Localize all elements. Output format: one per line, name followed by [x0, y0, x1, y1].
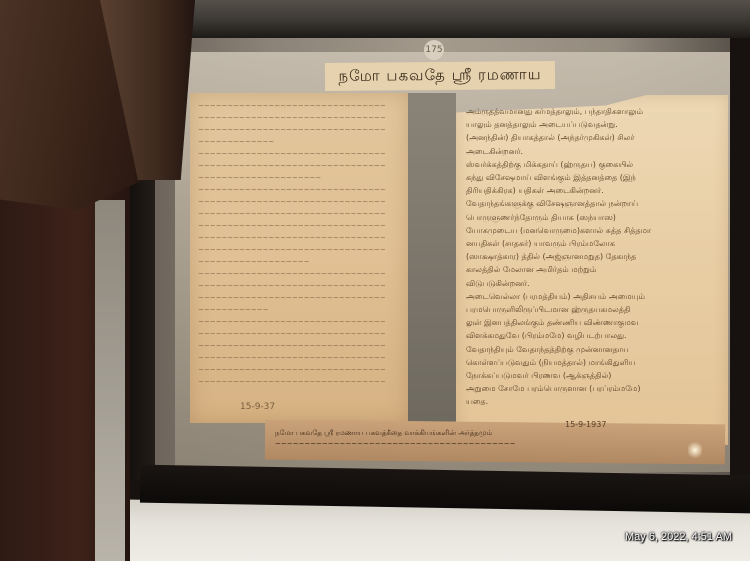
- text-line: ~~~~~~~~~~~~~~~~~~~~~~~~~~~~~~~~: [198, 124, 402, 136]
- text-line: யதை.: [466, 395, 718, 405]
- text-line: வேதாந்தியும் வேதாந்தத்திற்கு முன்னானதாய: [466, 343, 718, 356]
- text-line: ~~~~~~~~~~~~~~~~~~~: [198, 256, 402, 268]
- text-line: (அனந்தின்) தியாகத்தால் (அந்தர்முகிகள்) ச…: [466, 131, 718, 144]
- text-line: ~~~~~~~~~~~~~~~~~~~~~~~~~~~~~~~~: [198, 184, 402, 196]
- text-line: ~~~~~~~~~~~~~~~~~~~~~~~~~~~~~~~~: [198, 232, 402, 244]
- text-line: ~~~~~~~~~~~~~~~~~~~~~~~~~~~~~~~~: [198, 208, 402, 220]
- text-line: ~~~~~~~~~~~~~~~~~~~~~~~~~~~~~~~~: [198, 364, 402, 376]
- text-line: விடுபடுகின்றனர்.: [466, 277, 718, 290]
- text-line: ~~~~~~~~~~~~~~~~~~~~~~~~~~~~~~~~: [198, 316, 402, 328]
- photo-timestamp: May 6, 2022, 4:51 AM: [625, 531, 732, 543]
- text-line: பரமபொருளிலிருப்பிடமான ஹ்ருதயகமலத்தி: [466, 303, 718, 316]
- text-line: நோக்கப்படுமவர் பிரணவ (ஆக்ஞத்தில்): [466, 369, 718, 382]
- text-line: காலத்தில் மேலான அமிர்தம் மற்றும்: [466, 263, 718, 276]
- light-glare: [688, 440, 702, 460]
- text-line: ~~~~~~~~~~~~~~~~~~~~~~~~~~~~~~~~: [198, 376, 402, 388]
- text-line: யோகமுடைய (மனவொருமை)களால் சுத்த சித்தமா: [466, 224, 718, 237]
- text-line: (ஸாக்ஷாத்கார) த்தில் (அஜ்ஞானமறுத) தேகாந்…: [466, 250, 718, 263]
- document-header: நமோ பகவதே ஸ்ரீ ரமணாய: [325, 61, 555, 91]
- text-line: ~~~~~~~~~~~~~~~~~~~~~~~~~~~~~~~~: [198, 220, 402, 232]
- left-page-text: ~~~~~~~~~~~~~~~~~~~~~~~~~~~~~~~~~~~~~~~~…: [198, 100, 402, 400]
- text-line: ~~~~~~~~~~~~: [198, 304, 402, 316]
- page-gap: [408, 93, 456, 428]
- text-line: கொள்ளப்படுவதும் (நியமத்தால்) மாங்கிதுளிய: [466, 356, 718, 369]
- text-line: ~~~~~~~~~~~~~~~~~~~~~: [198, 172, 402, 184]
- text-line: ~~~~~~~~~~~~~~~~~~~~~~~~~~~~~~~~: [198, 148, 402, 160]
- text-line: ~~~~~~~~~~~~~~~~~~~~~~~~~~~~~~~~: [198, 352, 402, 364]
- text-line: ~~~~~~~~~~~~~~~~~~~~~~~~~~~~~~~~: [198, 112, 402, 124]
- text-line: அடைகின்றனர்.: [466, 145, 718, 158]
- text-line: ~~~~~~~~~~~~~~~~~~~~~~~~~~~~~~~~: [198, 280, 402, 292]
- right-page-text: அம்ருதத்வமானது கர்மத்தாலும், பந்தாதிகளால…: [466, 105, 718, 405]
- wall-edge: [95, 200, 125, 561]
- text-line: வேதாந்தங்களுக்கு விசேஷஞானத்தால் நன்றாய்: [466, 197, 718, 210]
- text-line: ~~~~~~~~~~~~~~~~~~~~~~~~~~~~~~~~: [198, 160, 402, 172]
- text-line: திரியதிக்கிரக) யதிகள் அடைகின்றனர்.: [466, 184, 718, 197]
- text-line: அடைவெல்லா (பரமத்தியம்) அதிசயம் அமையும்: [466, 290, 718, 303]
- text-line: ~~~~~~~~~~~~~~~~~~~~~~~~~~~~~~~~: [198, 196, 402, 208]
- bottom-strip-text: நமோ பகவதே ஸ்ரீ ரமணாய பகவத்கீதை வாக்கியங்…: [275, 428, 715, 450]
- text-line: ~~~~~~~~~~~~~: [198, 136, 402, 148]
- text-line: ~~~~~~~~~~~~~~~~~~~~~~~~~~~~~~~~: [198, 328, 402, 340]
- text-line: ~~~~~~~~~~~~~~~~~~~~~~~~~~~~~~~~: [198, 100, 402, 112]
- text-line: அம்ருதத்வமானது கர்மத்தாலும், பந்தாதிகளால…: [466, 105, 718, 118]
- text-line: விளக்கமதுவே (பிரம்மமே) வழிபடற்பாலது.: [466, 329, 718, 342]
- text-line: ~~~~~~~~~~~~~~~~~~~~~~~~~~~~~~~~: [198, 340, 402, 352]
- text-line: ~~~~~~~~~~~~~~~~~~~~~~~~~~~~~~~~: [198, 268, 402, 280]
- text-line: நமோ பகவதே ஸ்ரீ ரமணாய பகவத்கீதை வாக்கியங்…: [275, 428, 715, 439]
- text-line: ஸ்வர்க்கத்திற்கு மிக்கதாய் (ஹ்ருதய) குகை…: [466, 158, 718, 171]
- page-number-stamp: 175: [424, 40, 444, 60]
- header-text: நமோ பகவதே ஸ்ரீ ரமணாய: [338, 65, 541, 87]
- left-page-date: 15-9-37: [240, 402, 275, 412]
- text-line: அறுமை சோமே பரம்பொருளான (பரப்ரம்மமே): [466, 382, 718, 395]
- text-line: யாலும் தனத்தாலும் அடையப்படுவதன்று.: [466, 118, 718, 131]
- text-line: ~~~~~~~~~~~~~~~~~~~~~~~~~~~~~~~~: [198, 244, 402, 256]
- text-line: கந்து விசேஷமாய் விளங்கும் இத்தனத்தை (இந்: [466, 171, 718, 184]
- frame-top-rail: [190, 0, 750, 38]
- text-line: லுள் இனபத்திலங்கும் தண்ணிய விண்ணாகுமவ: [466, 316, 718, 329]
- text-line: ~~~~~~~~~~~~~~~~~~~~~~~~~~~~~~~~~~~~~~~~…: [275, 439, 715, 450]
- text-line: ~~~~~~~~~~~~~~~~~~~~~~~~~~~~~~~~: [198, 292, 402, 304]
- text-line: பொருளுணர்ந்தோரும் தியாக (ஸந்யாஸ): [466, 211, 718, 224]
- text-line: னயதிகள் (சாதகர்) யாவரும் பிரம்மலோக: [466, 237, 718, 250]
